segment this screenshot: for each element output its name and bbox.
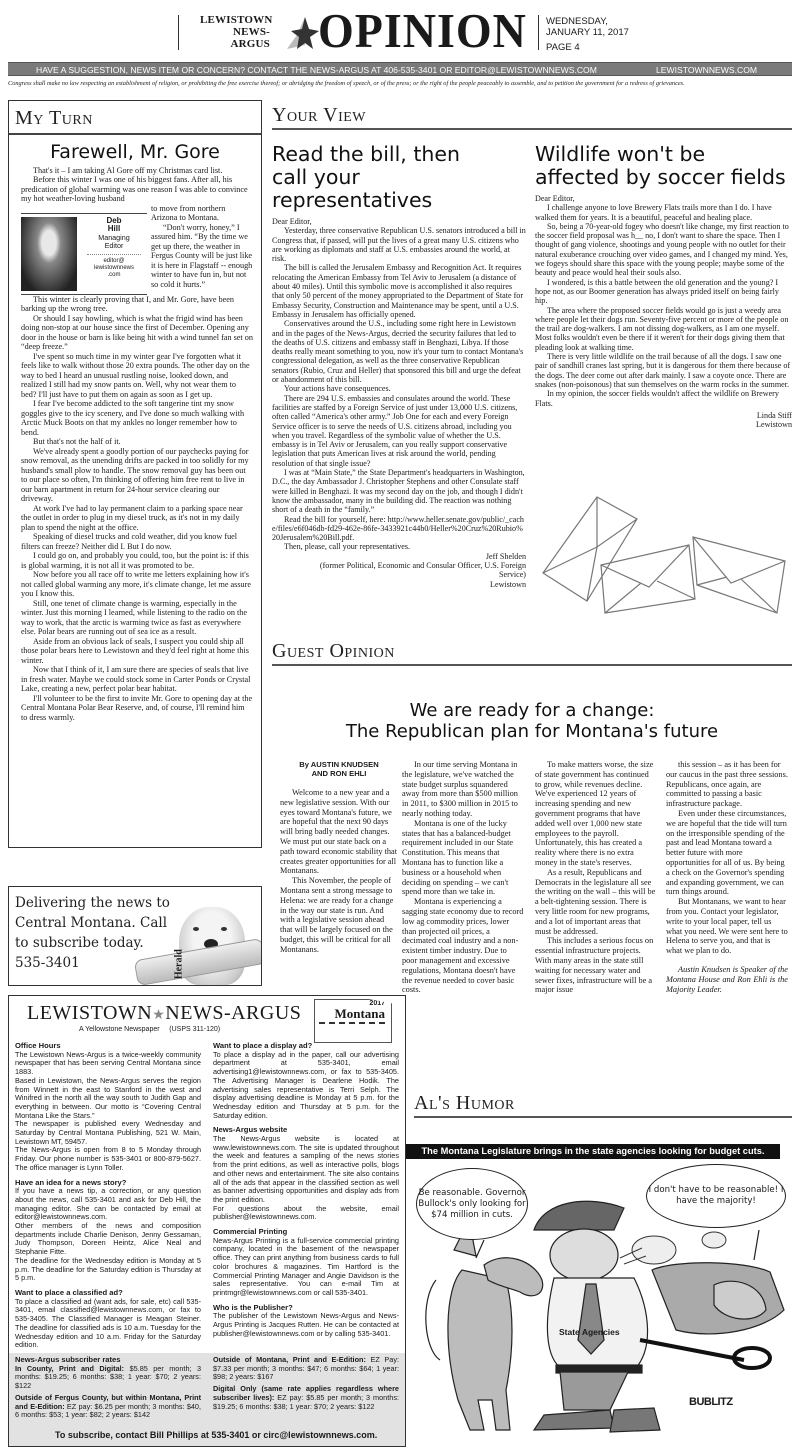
paper-name-line1: LEWISTOWN [200, 14, 270, 26]
paragraph: I was at “Main State,” the State Departm… [272, 468, 526, 514]
rates-left: News-Argus subscriber rates In County, P… [15, 1356, 201, 1420]
guest-headline: We are ready for a change: The Republica… [272, 700, 792, 742]
paragraph: At work I've had to lay permanent claim … [21, 504, 253, 533]
byline-line: By AUSTIN KNUDSEN [280, 760, 398, 769]
section-heading-my-turn: My Turn [9, 101, 261, 129]
paragraph: In our time serving Montana in the legis… [402, 760, 524, 819]
your-view-section: Your View [272, 104, 792, 130]
paragraph: to move from northern Arizona to Montana… [151, 204, 253, 223]
contact-bar: HAVE A SUGGESTION, NEWS ITEM OR CONCERN?… [8, 62, 792, 76]
date-full: JANUARY 11, 2017 [546, 27, 629, 38]
paragraph: “Don't worry, honey,” I assured him. “By… [151, 223, 253, 290]
info-para: If you have a news tip, a correction, or… [15, 1187, 201, 1222]
artist-signature: BUBLITZ [689, 1396, 733, 1408]
section-heading-your-view: Your View [272, 104, 792, 126]
author-email-3[interactable]: .com [81, 272, 147, 279]
usps-number: (USPS 311-120) [169, 1026, 220, 1033]
paragraph: I'll volunteer to be the first to invite… [21, 694, 253, 723]
star-icon [283, 15, 319, 56]
author-email-2[interactable]: lewistownnews [81, 265, 147, 272]
letter-wildlife: Wildlife won't be affected by soccer fie… [535, 143, 792, 429]
info-para: The deadline for the Wednesday edition i… [15, 1257, 201, 1283]
headline-line: call your representatives [272, 166, 526, 212]
subtitle: A Yellowstone Newspaper [79, 1026, 160, 1033]
ad-line: Central Montana. Call [15, 913, 170, 933]
letter-body: Dear Editor, I challenge anyone to love … [535, 194, 792, 429]
salutation: Dear Editor, [535, 194, 792, 203]
info-para: The News-Argus is open from 8 to 5 Monda… [15, 1146, 201, 1172]
headline-line: affected by soccer fields [535, 166, 792, 189]
paragraph: This winter is clearly proving that I, a… [21, 295, 253, 314]
paper-name-line2: NEWS-ARGUS [200, 26, 270, 50]
letter-body: Dear Editor, Yesterday, three conservati… [272, 217, 526, 589]
info-para: The News-Argus website is located at www… [213, 1135, 399, 1205]
paper-name-right: NEWS-ARGUS [165, 1002, 301, 1024]
paragraph: This November, the people of Montana sen… [280, 876, 398, 954]
info-para: The newspaper is published every Wednesd… [15, 1120, 201, 1146]
paragraph: Even under these circumstances, we are h… [666, 809, 788, 897]
headline: Farewell, Mr. Gore [9, 141, 261, 163]
info-left-column: Office Hours The Lewistown News-Argus is… [15, 1042, 201, 1350]
als-humor-section: Al's Humor [414, 1092, 792, 1118]
letter-read-the-bill: Read the bill, then call your representa… [272, 143, 526, 589]
paragraph: As a result, Republicans and Democrats i… [535, 868, 657, 937]
speech-bubble-left: Be reasonable. Governor Bullock's only l… [416, 1168, 528, 1240]
wrap-text: to move from northern Arizona to Montana… [151, 204, 253, 295]
section-rule [9, 133, 261, 135]
guest-opinion-section: Guest Opinion [272, 640, 792, 666]
author-wrap: Deb Hill Managing Editor editor@ lewisto… [21, 204, 253, 295]
paragraph: Conservatives around the U.S., including… [272, 319, 526, 384]
paragraph: I challenge anyone to love Brewery Flats… [535, 203, 792, 222]
info-para: The publisher of the Lewistown News-Argu… [213, 1312, 399, 1338]
rates-right: Outside of Montana, Print and E-Edition:… [213, 1356, 399, 1411]
author-tagline: Austin Knudsen is Speaker of the Montana… [666, 965, 788, 994]
ad-line: Delivering the news to [15, 893, 170, 913]
paragraph: this session – as it has been for our ca… [666, 760, 788, 809]
headline-line: The Republican plan for Montana's future [272, 721, 792, 742]
signature: Jeff Shelden [272, 552, 526, 561]
paragraph: The area where the proposed soccer field… [535, 306, 792, 352]
paragraph: Before this winter I was one of his bigg… [21, 175, 253, 204]
contact-text: HAVE A SUGGESTION, NEWS ITEM OR CONCERN?… [36, 63, 597, 77]
date-weekday: WEDNESDAY, [546, 16, 629, 27]
paragraph: But Montanans, we want to hear from you.… [666, 897, 788, 956]
paragraph: Speaking of diesel trucks and cold weath… [21, 532, 253, 551]
paragraph: There is very little wildlife on the tra… [535, 352, 792, 389]
guest-column-2: In our time serving Montana in the legis… [402, 760, 524, 995]
rate-label: Outside of Montana, Print and E-Edition: [213, 1355, 366, 1364]
paragraph: Read the bill for yourself, here: http:/… [272, 515, 526, 543]
masthead-divider-left [178, 15, 179, 50]
paragraph: Aside from an obvious lack of seals, I s… [21, 637, 253, 666]
headline-line: We are ready for a change: [272, 700, 792, 721]
info-para: The Lewistown News-Argus is a twice-week… [15, 1051, 201, 1077]
ad-line: to subscribe today. [15, 933, 170, 953]
paper-name: LEWISTOWN NEWS-ARGUS [200, 14, 270, 50]
info-para: To place a display ad in the paper, call… [213, 1051, 399, 1121]
speech-bubble-right: I don't have to be reasonable! I have th… [646, 1164, 786, 1228]
article-body: That's it – I am taking Al Gore off my C… [9, 163, 261, 723]
section-heading-als-humor: Al's Humor [414, 1092, 792, 1114]
cartoon-caption: The Montana Legislature brings in the st… [406, 1144, 780, 1159]
first-amendment: Congress shall make no law respecting an… [8, 80, 792, 88]
byline-line: AND RON EHLI [280, 769, 398, 778]
author-info: Deb Hill Managing Editor editor@ lewisto… [81, 217, 147, 291]
info-para: For questions about the website, email p… [213, 1205, 399, 1222]
issue-date: WEDNESDAY, JANUARY 11, 2017 PAGE 4 [546, 16, 629, 53]
section-rule [272, 128, 792, 130]
author-title-2: Editor [81, 242, 147, 251]
author-email[interactable]: editor@ [81, 258, 147, 265]
political-cartoon: State Agencies Be reasonable. Governor B… [414, 1160, 792, 1448]
subscriber-rates: News-Argus subscriber rates In County, P… [9, 1353, 405, 1447]
paragraph: This includes a serious focus on essenti… [535, 936, 657, 995]
masthead-divider-right [538, 15, 539, 50]
info-para: Other members of the news and compositio… [15, 1222, 201, 1257]
byline: By AUSTIN KNUDSEN AND RON EHLI [280, 760, 398, 778]
badge-name: Montana [315, 1007, 385, 1020]
paper-name-left: LEWISTOWN [27, 1002, 152, 1024]
paragraph: I wondered, is this a battle between the… [535, 278, 792, 306]
paragraph: I've spent so much time in my winter gea… [21, 352, 253, 400]
info-para: Based in Lewistown, the News-Argus serve… [15, 1077, 201, 1121]
montana-badge: 2017 Montana [314, 999, 392, 1043]
paragraph: Now that I think of it, I am sure there … [21, 665, 253, 694]
author-card: Deb Hill Managing Editor editor@ lewisto… [21, 213, 147, 295]
paragraph: Montana is experiencing a sagging state … [402, 897, 524, 995]
paragraph: I could go on, and probably you could, t… [21, 551, 253, 570]
info-right-column: Want to place a display ad? To place a d… [213, 1042, 399, 1339]
my-turn-box: My Turn Farewell, Mr. Gore That's it – I… [8, 100, 262, 848]
paragraph: To make matters worse, the size of state… [535, 760, 657, 868]
salutation: Dear Editor, [272, 217, 526, 226]
headline: Read the bill, then call your representa… [272, 143, 526, 212]
state-agencies-label: State Agencies [559, 1327, 620, 1337]
paper-label: Herald [174, 949, 185, 979]
newspaper-info-box: LEWISTOWN★NEWS-ARGUS A Yellowstone Newsp… [8, 995, 406, 1447]
info-paper-name: LEWISTOWN★NEWS-ARGUS [27, 1002, 301, 1027]
paragraph: Your actions have consequences. [272, 384, 526, 393]
website-link[interactable]: LEWISTOWNNEWS.COM [656, 63, 757, 77]
paragraph: Montana is one of the lucky states that … [402, 819, 524, 897]
section-title: OPINION [318, 5, 527, 58]
signature: Linda Stiff [535, 411, 792, 420]
paragraph: We've already spent a goodly portion of … [21, 447, 253, 504]
paragraph: Still, one tenet of climate change is wa… [21, 599, 253, 637]
paragraph: In my opinion, the soccer fields wouldn'… [535, 389, 792, 408]
signature-town: Lewistown [535, 420, 792, 429]
rate-label: In County, Print and Digital: [15, 1364, 124, 1373]
paragraph: But that's not the half of it. [21, 437, 253, 447]
headline-line: Read the bill, then [272, 143, 526, 166]
info-para: To place a classified ad (want ads, for … [15, 1298, 201, 1350]
envelopes-icon [535, 495, 795, 620]
paragraph: That's it – I am taking Al Gore off my C… [21, 166, 253, 176]
paragraph: Now before you all race off to write me … [21, 570, 253, 599]
headline: Wildlife won't be affected by soccer fie… [535, 143, 792, 189]
paragraph: Then, please, call your representatives. [272, 542, 526, 551]
info-para: News-Argus Printing is a full-service co… [213, 1237, 399, 1298]
paragraph: There are 294 U.S. embassies and consula… [272, 394, 526, 468]
signature-title: (former Political, Economic and Consular… [272, 561, 526, 580]
paragraph: Welcome to a new year and a new legislat… [280, 788, 398, 876]
paragraph: The bill is called the Jerusalem Embassy… [272, 263, 526, 319]
author-photo [21, 217, 77, 291]
headline-line: Wildlife won't be [535, 143, 792, 166]
paragraph: So, being a 70-year-old fogey who doesn'… [535, 222, 792, 278]
signature-town: Lewistown [272, 580, 526, 589]
page-number: PAGE 4 [546, 42, 629, 53]
guest-column-4: this session – as it has been for our ca… [666, 760, 788, 994]
subscribe-contact: To subscribe, contact Bill Phillips at 5… [55, 1431, 377, 1440]
section-rule [272, 664, 792, 666]
subscribe-ad[interactable]: Delivering the news to Central Montana. … [8, 886, 262, 986]
guest-column-3: To make matters worse, the size of state… [535, 760, 657, 995]
section-rule [414, 1116, 792, 1118]
paragraph: Yesterday, three conservative Republican… [272, 226, 526, 263]
paragraph: Or should I say howling, which is what t… [21, 314, 253, 352]
info-subtitle: A Yellowstone Newspaper (USPS 311-120) [79, 1026, 220, 1033]
guest-column-1: By AUSTIN KNUDSEN AND RON EHLI Welcome t… [280, 760, 398, 955]
paragraph: I fear I've become addicted to the soft … [21, 399, 253, 437]
section-heading-guest-opinion: Guest Opinion [272, 640, 792, 662]
